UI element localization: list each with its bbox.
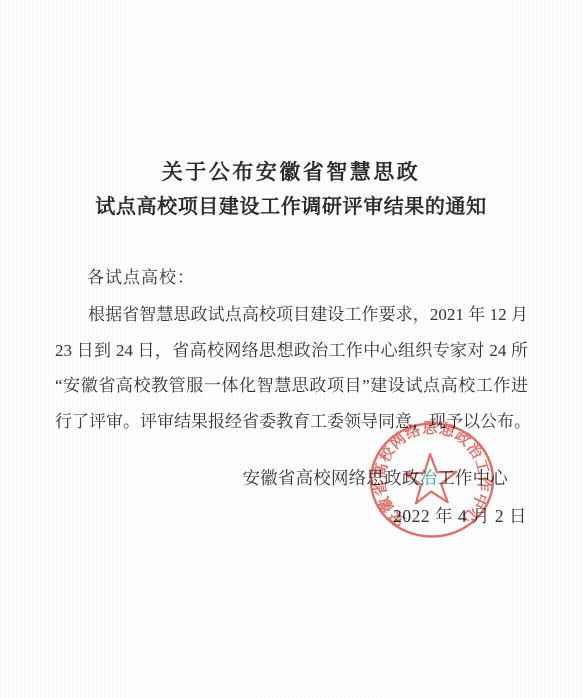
salutation: 各试点高校： [87, 263, 195, 288]
official-seal: 安徽省高校网络思想政治工作中心 [365, 417, 499, 545]
paragraph-line: 23 日到 24 日，省高校网络思想政治工作中心组织专家对 24 所 [55, 333, 528, 369]
seal-arc-text: 安徽省高校网络思想政治工作中心 [369, 418, 495, 531]
paragraph-line: “安徽省高校教管服一体化智慧思政项目”建设试点高校工作进 [55, 368, 528, 404]
title-line-2: 试点高校项目建设工作调研评审结果的通知 [0, 190, 582, 224]
svg-text:安徽省高校网络思想政治工作中心: 安徽省高校网络思想政治工作中心 [369, 418, 495, 531]
title-line-1: 关于公布安徽省智慧思政 [0, 156, 582, 190]
document-title: 关于公布安徽省智慧思政 试点高校项目建设工作调研评审结果的通知 [0, 156, 582, 224]
paragraph-line: 根据省智慧思政试点高校项目建设工作要求，2021 年 12 月 [55, 297, 528, 333]
star-icon [404, 453, 457, 504]
